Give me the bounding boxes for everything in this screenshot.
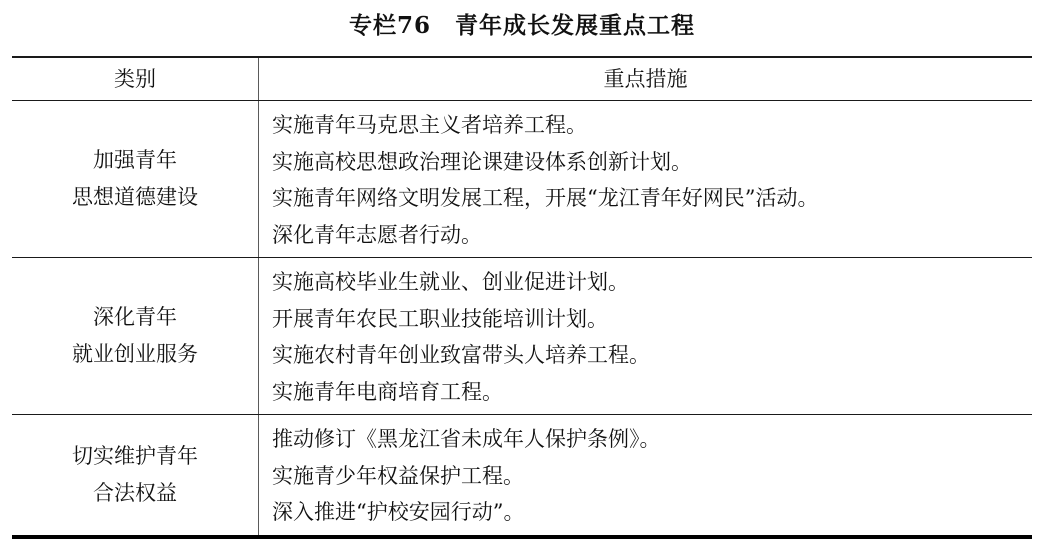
measure-line: 实施农村青年创业致富带头人培养工程。 [272, 337, 1024, 374]
measure-line: 实施青少年权益保护工程。 [272, 458, 1024, 495]
project-table: 类别 重点措施 加强青年 思想道德建设 实施青年马克思主义者培养工程。 实施高校… [12, 56, 1032, 539]
page-title: 专栏76 青年成长发展重点工程 [0, 0, 1044, 40]
measure-line: 推动修订《黑龙江省未成年人保护条例》。 [272, 421, 1024, 458]
header-category: 类别 [12, 58, 259, 100]
document-page: 专栏76 青年成长发展重点工程 类别 重点措施 加强青年 思想道德建设 实施青年… [0, 0, 1044, 541]
category-line: 切实维护青年 [72, 438, 198, 475]
measure-line: 开展青年农民工职业技能培训计划。 [272, 301, 1024, 338]
table-row: 深化青年 就业创业服务 实施高校毕业生就业、创业促进计划。 开展青年农民工职业技… [12, 258, 1032, 415]
measure-line: 深入推进“护校安园行动”。 [272, 494, 1024, 531]
measure-line: 实施青年马克思主义者培养工程。 [272, 107, 1024, 144]
measures-cell: 推动修订《黑龙江省未成年人保护条例》。 实施青少年权益保护工程。 深入推进“护校… [259, 415, 1032, 535]
table-row: 加强青年 思想道德建设 实施青年马克思主义者培养工程。 实施高校思想政治理论课建… [12, 101, 1032, 258]
measure-line: 实施高校思想政治理论课建设体系创新计划。 [272, 144, 1024, 181]
measure-line: 实施青年网络文明发展工程，开展“龙江青年好网民”活动。 [272, 180, 1024, 217]
category-line: 深化青年 [93, 299, 177, 336]
category-line: 合法权益 [93, 475, 177, 512]
table-header-row: 类别 重点措施 [12, 58, 1032, 101]
measure-line: 深化青年志愿者行动。 [272, 217, 1024, 254]
table-row: 切实维护青年 合法权益 推动修订《黑龙江省未成年人保护条例》。 实施青少年权益保… [12, 415, 1032, 535]
category-cell: 深化青年 就业创业服务 [12, 258, 259, 414]
category-line: 就业创业服务 [72, 336, 198, 373]
measures-cell: 实施青年马克思主义者培养工程。 实施高校思想政治理论课建设体系创新计划。 实施青… [259, 101, 1032, 257]
category-line: 加强青年 [93, 142, 177, 179]
measure-line: 实施高校毕业生就业、创业促进计划。 [272, 264, 1024, 301]
category-cell: 切实维护青年 合法权益 [12, 415, 259, 535]
measure-line: 实施青年电商培育工程。 [272, 374, 1024, 411]
measures-cell: 实施高校毕业生就业、创业促进计划。 开展青年农民工职业技能培训计划。 实施农村青… [259, 258, 1032, 414]
header-measures: 重点措施 [259, 58, 1032, 100]
category-cell: 加强青年 思想道德建设 [12, 101, 259, 257]
category-line: 思想道德建设 [72, 179, 198, 216]
